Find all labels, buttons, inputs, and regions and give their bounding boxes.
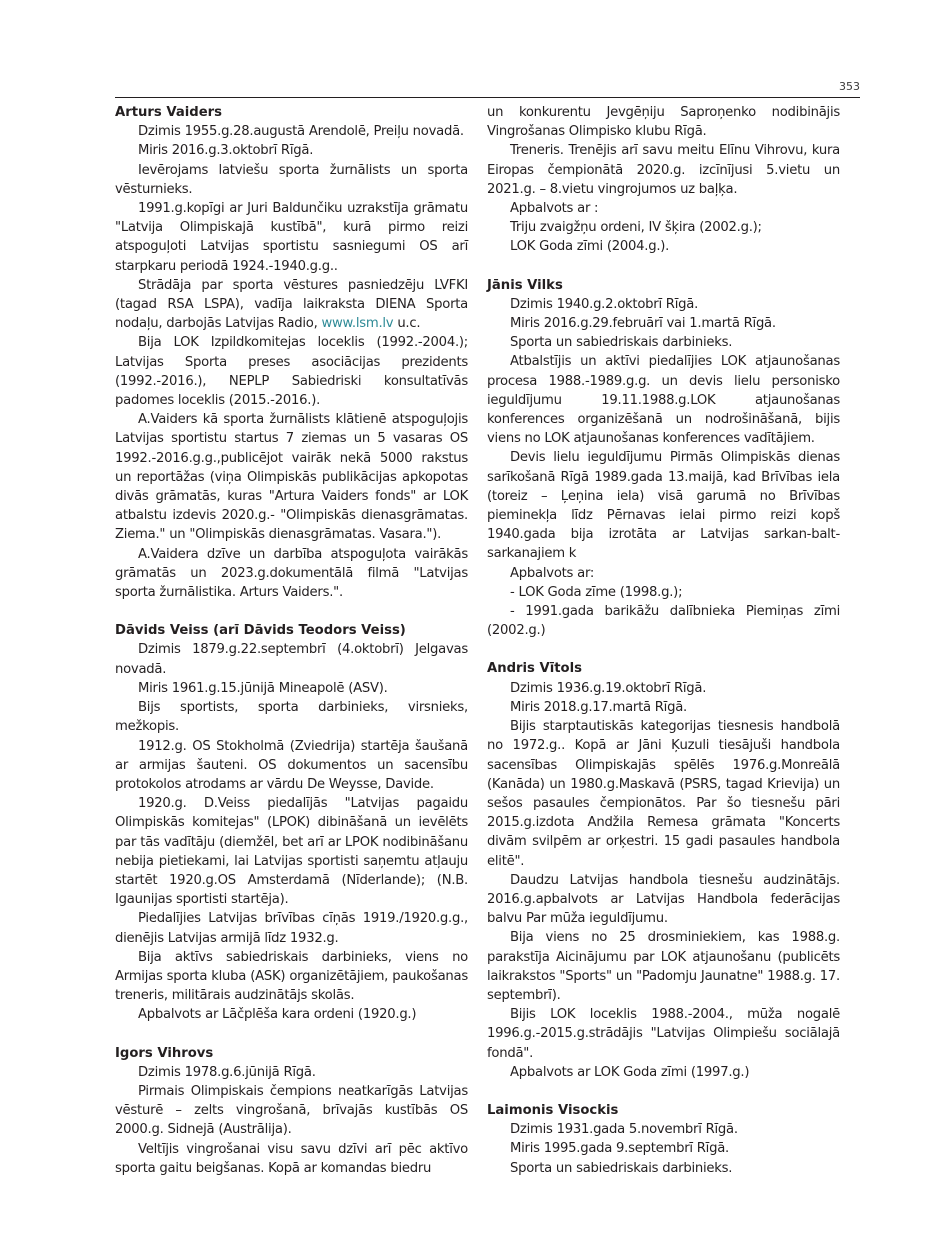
entry-name: Igors Vihrovs bbox=[115, 1044, 468, 1063]
entry-name: Andris Vītols bbox=[487, 659, 840, 678]
paragraph: Dzimis 1940.g.2.oktobrī Rīgā. bbox=[487, 295, 840, 314]
entry-name: Jānis Vilks bbox=[487, 276, 840, 295]
paragraph: 1920.g. D.Veiss piedalījās "Latvijas pag… bbox=[115, 794, 468, 909]
paragraph: Bijis LOK loceklis 1988.-2004., mūža nog… bbox=[487, 1005, 840, 1063]
paragraph: Sporta un sabiedriskais darbinieks. bbox=[487, 1159, 840, 1178]
entry-igors-vihrovs: Igors Vihrovs Dzimis 1978.g.6.jūnijā Rīg… bbox=[115, 1044, 468, 1178]
entry-laimonis-visockis: Laimonis Visockis Dzimis 1931.gada 5.nov… bbox=[487, 1101, 840, 1178]
paragraph: Dzimis 1978.g.6.jūnijā Rīgā. bbox=[115, 1063, 468, 1082]
paragraph: - 1991.gada barikāžu dalībnieka Piemiņas… bbox=[487, 602, 840, 640]
entry-janis-vilks: Jānis Vilks Dzimis 1940.g.2.oktobrī Rīgā… bbox=[487, 276, 840, 641]
paragraph: Miris 2016.g.29.februārī vai 1.martā Rīg… bbox=[487, 314, 840, 333]
paragraph: Miris 2016.g.3.oktobrī Rīgā. bbox=[115, 141, 468, 160]
entry-igors-vihrovs-continued: un konkurentu Jevgēņiju Saproņenko nodib… bbox=[487, 103, 840, 257]
paragraph: Apbalvots ar LOK Goda zīmi (1997.g.) bbox=[487, 1063, 840, 1082]
paragraph: Bija LOK Izpildkomitejas loceklis (1992.… bbox=[115, 333, 468, 410]
paragraph: Bijs sportists, sporta darbinieks, virsn… bbox=[115, 698, 468, 736]
paragraph: Dzimis 1955.g.28.augustā Arendolē, Preiļ… bbox=[115, 122, 468, 141]
entry-davids-veiss: Dāvids Veiss (arī Dāvids Teodors Veiss) … bbox=[115, 621, 468, 1024]
paragraph: Apbalvots ar: bbox=[487, 564, 840, 583]
paragraph: A.Vaidera dzīve un darbība atspoguļota v… bbox=[115, 545, 468, 603]
paragraph: Sporta un sabiedriskais darbinieks. bbox=[487, 333, 840, 352]
paragraph: Miris 1961.g.15.jūnijā Mineapolē (ASV). bbox=[115, 679, 468, 698]
page-number: 353 bbox=[820, 80, 860, 93]
header-rule bbox=[115, 97, 860, 98]
paragraph: Bija viens no 25 drosminiekiem, kas 1988… bbox=[487, 928, 840, 1005]
paragraph: Treneris. Trenējis arī savu meitu Elīnu … bbox=[487, 141, 840, 199]
paragraph: Apbalvots ar : bbox=[487, 199, 840, 218]
paragraph: LOK Goda zīmi (2004.g.). bbox=[487, 237, 840, 256]
paragraph: Apbalvots ar Lāčplēša kara ordeni (1920.… bbox=[115, 1005, 468, 1024]
paragraph: 1991.g.kopīgi ar Juri Baldunčiku uzrakst… bbox=[115, 199, 468, 276]
lsm-link[interactable]: www.lsm.lv bbox=[321, 316, 393, 331]
paragraph-continuation: un konkurentu Jevgēņiju Saproņenko nodib… bbox=[487, 103, 840, 141]
paragraph: Veltījis vingrošanai visu savu dzīvi arī… bbox=[115, 1140, 468, 1178]
entry-arturs-vaiders: Arturs Vaiders Dzimis 1955.g.28.augustā … bbox=[115, 103, 468, 602]
entry-name: Arturs Vaiders bbox=[115, 103, 468, 122]
entry-name: Dāvids Veiss (arī Dāvids Teodors Veiss) bbox=[115, 621, 468, 640]
entry-name: Laimonis Visockis bbox=[487, 1101, 840, 1120]
paragraph: Bijis starptautiskās kategorijas tiesnes… bbox=[487, 717, 840, 871]
paragraph: Atbalstījis un aktīvi piedalījies LOK at… bbox=[487, 352, 840, 448]
paragraph: Ievērojams latviešu sporta žurnālists un… bbox=[115, 161, 468, 199]
paragraph: - LOK Goda zīme (1998.g.); bbox=[487, 583, 840, 602]
entry-andris-vitols: Andris Vītols Dzimis 1936.g.19.oktobrī R… bbox=[487, 659, 840, 1081]
left-column: Arturs Vaiders Dzimis 1955.g.28.augustā … bbox=[115, 103, 468, 1197]
paragraph: Daudzu Latvijas handbola tiesnešu audzin… bbox=[487, 871, 840, 929]
paragraph: Dzimis 1936.g.19.oktobrī Rīgā. bbox=[487, 679, 840, 698]
paragraph: 1912.g. OS Stokholmā (Zviedrija) startēj… bbox=[115, 737, 468, 795]
paragraph: A.Vaiders kā sporta žurnālists klātienē … bbox=[115, 410, 468, 544]
paragraph: Devis lielu ieguldījumu Pirmās Olimpiskā… bbox=[487, 448, 840, 563]
paragraph: Pirmais Olimpiskais čempions neatkarīgās… bbox=[115, 1082, 468, 1140]
paragraph: Miris 1995.gada 9.septembrī Rīgā. bbox=[487, 1139, 840, 1158]
paragraph: Dzimis 1879.g.22.septembrī (4.oktobrī) J… bbox=[115, 640, 468, 678]
paragraph: Bija aktīvs sabiedriskais darbinieks, vi… bbox=[115, 948, 468, 1006]
paragraph: Triju zvaigžņu ordeni, IV šķira (2002.g.… bbox=[487, 218, 840, 237]
paragraph-with-link: Strādāja par sporta vēstures pasniedzēju… bbox=[115, 276, 468, 334]
paragraph: Dzimis 1931.gada 5.novembrī Rīgā. bbox=[487, 1120, 840, 1139]
paragraph: Piedalījies Latvijas brīvības cīņās 1919… bbox=[115, 909, 468, 947]
paragraph: Miris 2018.g.17.martā Rīgā. bbox=[487, 698, 840, 717]
paragraph-text: u.c. bbox=[393, 316, 420, 331]
right-column: un konkurentu Jevgēņiju Saproņenko nodib… bbox=[487, 103, 840, 1197]
